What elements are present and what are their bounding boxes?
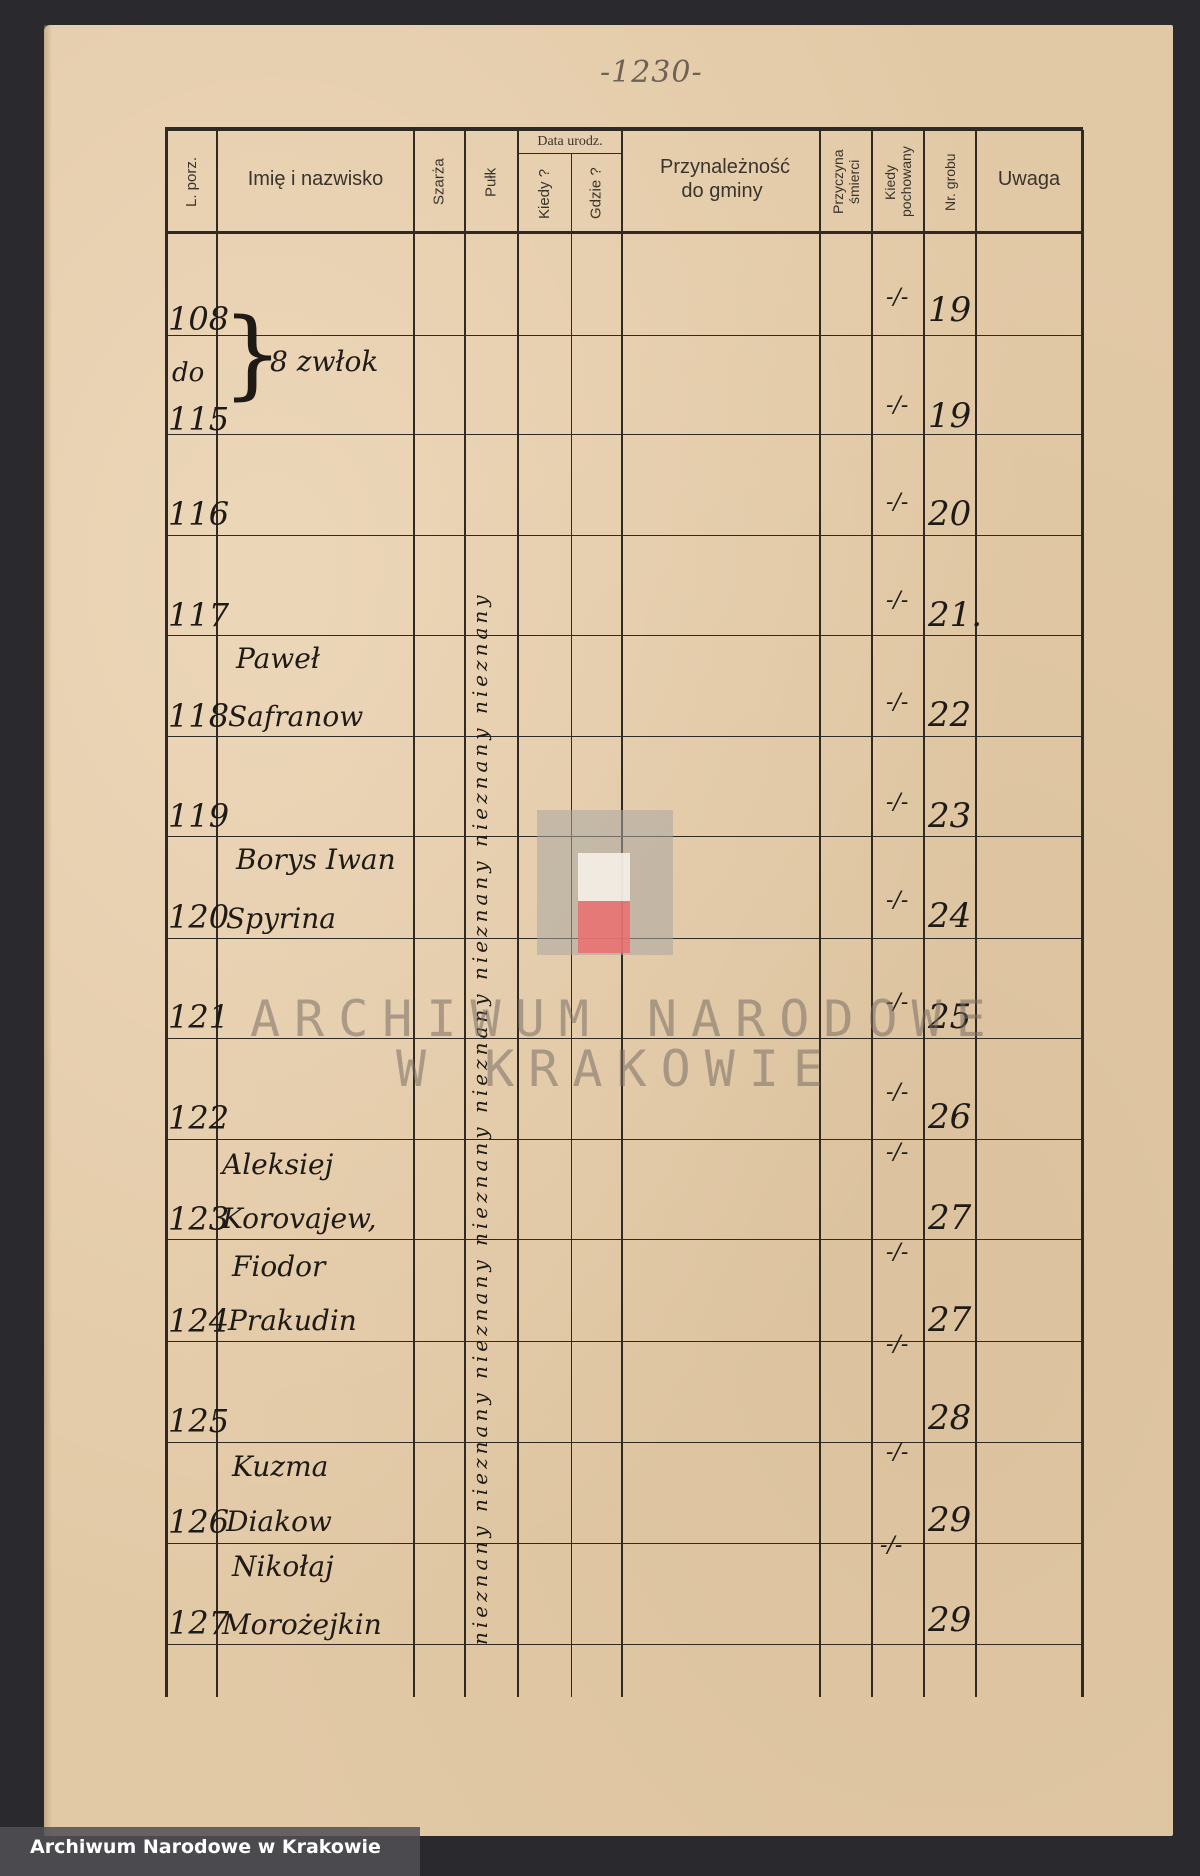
footer-archive-label: Archiwum Narodowe w Krakowie	[30, 1836, 381, 1858]
row-line	[165, 1239, 1083, 1240]
row-lp: 123	[168, 1200, 229, 1238]
row-first-name: Fiodor	[232, 1250, 325, 1283]
row-grave: 29	[928, 1500, 971, 1540]
header-lp: L. porz.	[168, 133, 216, 231]
row-grave: 20	[928, 494, 971, 534]
header-birth-where: Gdzie ?	[572, 156, 621, 231]
row-lp: 127	[168, 1604, 229, 1642]
row-lp: 120	[168, 898, 229, 936]
row-line	[165, 535, 1083, 536]
row-buried: -/-	[886, 1240, 908, 1265]
row-lp: 116	[168, 495, 229, 533]
row-buried: -/-	[886, 393, 908, 418]
row-name: Safranow	[228, 700, 363, 733]
row-line	[165, 1442, 1083, 1443]
row-buried: -/-	[886, 1440, 908, 1465]
row-buried: -/-	[886, 790, 908, 815]
row-first-name: Nikołaj	[232, 1550, 334, 1583]
row-grave: 27	[928, 1300, 971, 1340]
row-buried: -/-	[886, 1080, 908, 1105]
birth-date-subheader-line	[518, 153, 622, 154]
row-line	[165, 736, 1083, 737]
header-cause: Przyczyna śmierci	[821, 133, 871, 231]
row-lp-end: 115	[168, 400, 229, 438]
row-lp: 119	[168, 797, 229, 835]
row-first-name: Kuzma	[232, 1450, 328, 1483]
header-buried: Kiedy pochowany	[873, 133, 923, 231]
header-birth-date: Data urodz.	[519, 134, 621, 150]
col-line-right-border	[1081, 130, 1084, 1697]
watermark-line2: W KRAKOWIE	[396, 1040, 837, 1098]
row-line	[165, 1341, 1083, 1342]
row-buried: -/-	[886, 490, 908, 515]
row-first-name: Paweł	[236, 642, 320, 675]
row-lp: 121	[168, 998, 229, 1036]
row-line	[165, 1139, 1083, 1140]
header-grave: Nr. grobu	[925, 133, 975, 231]
row-name: 8 zwłok	[270, 345, 378, 378]
row-lp: 122	[168, 1099, 229, 1137]
row-grave: 23	[928, 796, 971, 836]
row-line	[165, 635, 1083, 636]
row-line	[165, 1644, 1083, 1645]
row-buried: -/-	[886, 888, 908, 913]
row-buried: -/-	[886, 1140, 908, 1165]
row-grave: 21.	[928, 595, 982, 635]
col-line-grave	[923, 130, 925, 1697]
row-lp: 125	[168, 1402, 229, 1440]
table-top-border	[165, 127, 1083, 131]
row-buried: -/-	[886, 285, 908, 310]
regiment-handwriting: nieznany nieznany nieznany nieznany niez…	[468, 245, 494, 1645]
header-bottom-border	[165, 231, 1083, 234]
row-grave: 19	[928, 290, 971, 330]
row-grave: 19	[928, 396, 971, 436]
col-line-buried	[871, 130, 873, 1697]
row-name: Prakudin	[228, 1304, 357, 1337]
header-rank: Szarża	[415, 133, 464, 231]
row-lp: 118	[168, 697, 229, 735]
row-buried: -/-	[880, 1533, 902, 1558]
archive-logo-red-block	[578, 901, 630, 953]
col-line-cause	[819, 130, 821, 1697]
header-name: Imię i nazwisko	[218, 168, 413, 191]
row-first-name: Borys Iwan	[236, 843, 396, 876]
row-grave: 28	[928, 1398, 971, 1438]
row-buried: -/-	[886, 588, 908, 613]
row-lp: 108	[168, 300, 229, 338]
row-buried: -/-	[886, 690, 908, 715]
col-line-regiment	[464, 130, 466, 1697]
header-birth-when: Kiedy ?	[519, 156, 571, 231]
col-line-rank	[413, 130, 415, 1697]
row-grave: 29	[928, 1600, 971, 1640]
row-lp: 117	[168, 596, 229, 634]
row-lp-do: do	[172, 358, 204, 388]
row-buried: -/-	[886, 1332, 908, 1357]
row-line	[165, 335, 1083, 336]
header-commune: Przynależność do gminy	[660, 155, 784, 203]
row-line	[165, 1543, 1083, 1544]
row-grave: 27	[928, 1198, 971, 1238]
header-notes: Uwaga	[977, 168, 1081, 191]
col-line-notes	[975, 130, 977, 1697]
row-grave: 26	[928, 1097, 971, 1137]
col-line-birth-when	[517, 130, 519, 1697]
row-name: Korovajew,	[222, 1202, 377, 1235]
header-regiment: Pułk	[466, 133, 517, 231]
row-name: Diakow	[226, 1505, 332, 1538]
row-name: Morożejkin	[222, 1608, 382, 1641]
row-grave: 22	[928, 695, 971, 735]
row-name: Spyrina	[226, 902, 336, 935]
row-grave: 24	[928, 896, 971, 936]
archive-logo-white-block	[578, 853, 630, 901]
row-lp: 124	[168, 1302, 229, 1340]
row-lp: 126	[168, 1503, 229, 1541]
row-first-name: Aleksiej	[222, 1148, 333, 1181]
